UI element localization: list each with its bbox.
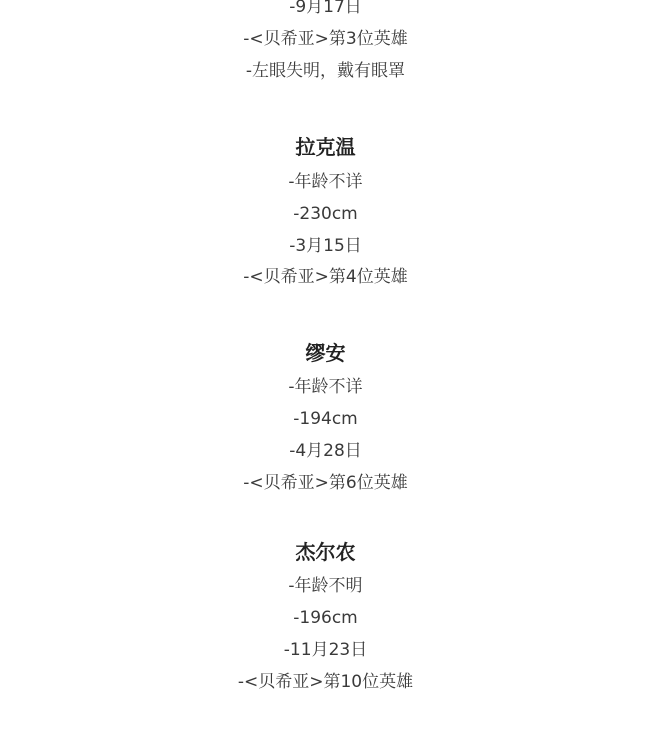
rank-line: -<贝希亚>第4位英雄 xyxy=(0,266,651,288)
age-line: -年龄不详 xyxy=(0,376,651,398)
note-line: -左眼失明，戴有眼罩 xyxy=(0,60,651,82)
rank-line: -<贝希亚>第6位英雄 xyxy=(0,472,651,494)
character-name: 拉克温 xyxy=(0,134,651,160)
character-name: 缪安 xyxy=(0,340,651,366)
age-line: -年龄不明 xyxy=(0,575,651,597)
height-line: -230cm xyxy=(0,203,651,225)
rank-line: -<贝希亚>第3位英雄 xyxy=(0,28,651,50)
age-line: -年龄不详 xyxy=(0,171,651,193)
height-line: -194cm xyxy=(0,408,651,430)
birthday-line: -9月17日 xyxy=(0,0,651,18)
height-line: -196cm xyxy=(0,607,651,629)
rank-line: -<贝希亚>第10位英雄 xyxy=(0,671,651,693)
birthday-line: -11月23日 xyxy=(0,639,651,661)
birthday-line: -3月15日 xyxy=(0,235,651,257)
birthday-line: -4月28日 xyxy=(0,440,651,462)
character-name: 杰尔农 xyxy=(0,539,651,565)
